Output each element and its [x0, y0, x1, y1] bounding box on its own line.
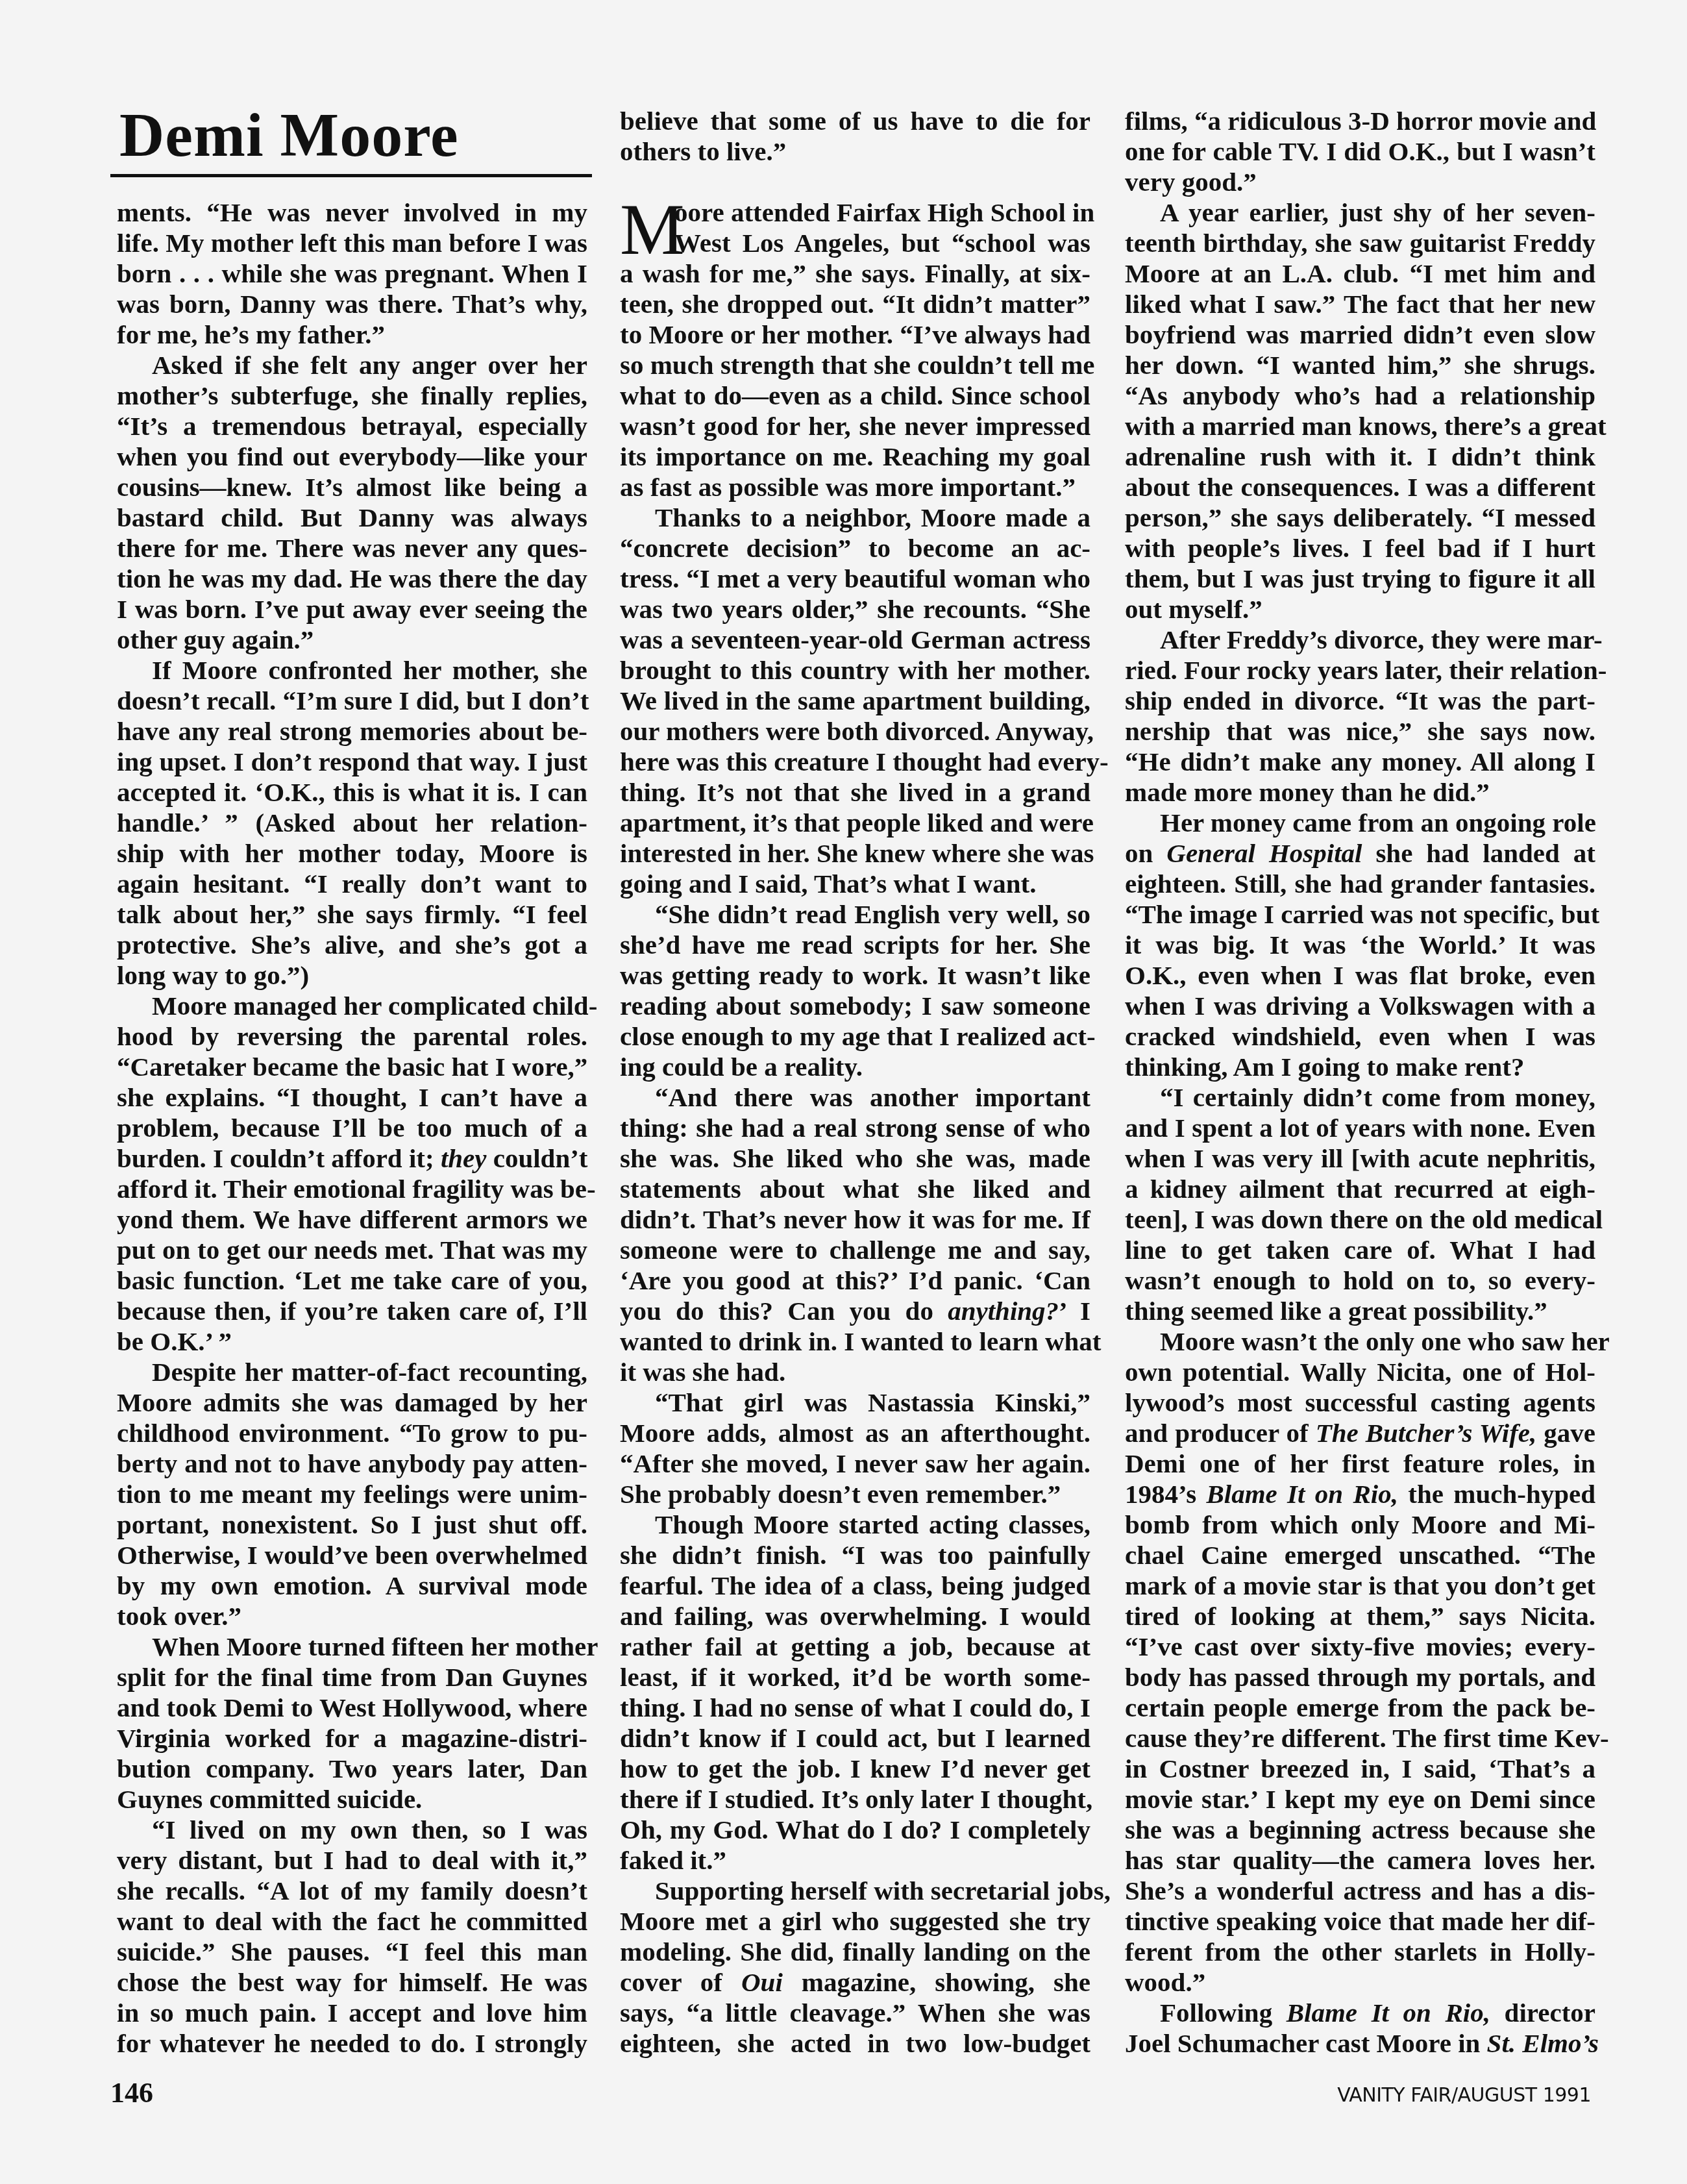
text-line: bomb from which only Moore and Mi- — [1125, 1509, 1595, 1540]
text-line: when you find out everybody—like your — [117, 441, 587, 472]
text-line: very good.” — [1125, 167, 1595, 197]
text-line: wanted to drink in. I wanted to learn wh… — [620, 1326, 1090, 1357]
text-line: body has passed through my portals, and — [1125, 1662, 1595, 1693]
text-line: going and I said, That’s what I want. — [620, 869, 1090, 899]
text-line: as fast as possible was more important.” — [620, 472, 1090, 503]
text-line: Despite her matter-of-fact recounting, — [117, 1357, 587, 1387]
text-line: “I certainly didn’t come from money, — [1125, 1082, 1595, 1113]
text-line: thing. It’s not that she lived in a gran… — [620, 777, 1090, 808]
text-line: she was. She liked who she was, made — [620, 1143, 1090, 1174]
text-line: what to do—even as a child. Since school — [620, 380, 1090, 411]
magazine-credit: VANITY FAIR/AUGUST 1991 — [1337, 2084, 1591, 2107]
paragraph-gap — [620, 167, 1090, 197]
text-line: thing. I had no sense of what I could do… — [620, 1693, 1090, 1723]
text-line: thing seemed like a great possibility.” — [1125, 1296, 1595, 1326]
text-line: “He didn’t make any money. All along I — [1125, 747, 1595, 777]
text-line: “That girl was Nastassia Kinski,” — [620, 1387, 1090, 1418]
text-line: she’d have me read scripts for her. She — [620, 930, 1090, 960]
text-line: Following Blame It on Rio, director — [1125, 1998, 1595, 2028]
text-line: I was born. I’ve put away ever seeing th… — [117, 594, 587, 625]
text-line: didn’t know if I could act, but I learne… — [620, 1723, 1090, 1754]
text-line: She’s a wonderful actress and has a dis- — [1125, 1876, 1595, 1906]
text-line: Her money came from an ongoing role — [1125, 808, 1595, 838]
text-line: again hesitant. “I really don’t want to — [117, 869, 587, 899]
text-line: protective. She’s alive, and she’s got a — [117, 930, 587, 960]
text-line: accepted it. ‘O.K., this is what it is. … — [117, 777, 587, 808]
text-line: O.K., even when I was flat broke, even — [1125, 960, 1595, 991]
text-line: films, “a ridiculous 3-D horror movie an… — [1125, 106, 1595, 136]
text-line: “I’ve cast over sixty-five movies; every… — [1125, 1632, 1595, 1662]
text-line: you do this? Can you do anything?’ I — [620, 1296, 1090, 1326]
text-line: tion to me meant my feelings were unim- — [117, 1479, 587, 1509]
text-line: eighteen. Still, she had grander fantasi… — [1125, 869, 1595, 899]
text-line: boyfriend was married didn’t even slow — [1125, 319, 1595, 350]
text-line: Moore managed her complicated child- — [117, 991, 587, 1021]
text-line: it was she had. — [620, 1357, 1090, 1387]
article-column-1: ments. “He was never involved in mylife.… — [117, 197, 587, 2059]
text-line: “Caretaker became the basic hat I wore,” — [117, 1052, 587, 1082]
text-line: there for me. There was never any ques- — [117, 533, 587, 564]
text-line: She probably doesn’t even remember.” — [620, 1479, 1090, 1509]
text-line: West Los Angeles, but “school was — [620, 228, 1090, 258]
text-line: was a seventeen-year-old German actress — [620, 625, 1090, 655]
text-line: took over.” — [117, 1601, 587, 1632]
text-line: by my own emotion. A survival mode — [117, 1570, 587, 1601]
text-line: teenth birthday, she saw guitarist Fredd… — [1125, 228, 1595, 258]
text-line: says, “a little cleavage.” When she was — [620, 1998, 1090, 2028]
text-line: ferent from the other starlets in Holly- — [1125, 1937, 1595, 1967]
text-line: Thanks to a neighbor, Moore made a — [620, 503, 1090, 533]
text-line: Oh, my God. What do I do? I completely — [620, 1815, 1090, 1845]
text-line: handle.’ ” (Asked about her relation- — [117, 808, 587, 838]
text-line: so much strength that she couldn’t tell … — [620, 350, 1090, 380]
text-line: Supporting herself with secretarial jobs… — [620, 1876, 1090, 1906]
text-line: long way to go.”) — [117, 960, 587, 991]
text-line: “And there was another important — [620, 1082, 1090, 1113]
text-line: our mothers were both divorced. Anyway, — [620, 716, 1090, 747]
text-line: statements about what she liked and — [620, 1174, 1090, 1204]
text-line: ments. “He was never involved in my — [117, 197, 587, 228]
text-line: Virginia worked for a magazine-distri- — [117, 1723, 587, 1754]
text-line: liked what I saw.” The fact that her new — [1125, 289, 1595, 319]
text-line: she was a beginning actress because she — [1125, 1815, 1595, 1845]
text-line: nership that was nice,” she says now. — [1125, 716, 1595, 747]
text-line: A year earlier, just shy of her seven- — [1125, 197, 1595, 228]
text-line: she recalls. “A lot of my family doesn’t — [117, 1876, 587, 1906]
page-number: 146 — [110, 2076, 153, 2109]
text-line: believe that some of us have to die for — [620, 106, 1090, 136]
text-line: “She didn’t read English very well, so — [620, 899, 1090, 930]
text-line: certain people emerge from the pack be- — [1125, 1693, 1595, 1723]
text-line: portant, nonexistent. So I just shut off… — [117, 1509, 587, 1540]
text-line: adrenaline rush with it. I didn’t think — [1125, 441, 1595, 472]
text-line: Moore attended Fairfax High School in — [620, 197, 1090, 228]
text-line: yond them. We have different armors we — [117, 1204, 587, 1235]
text-line: reading about somebody; I saw someone — [620, 991, 1090, 1021]
text-line: thinking, Am I going to make rent? — [1125, 1052, 1595, 1082]
page-title: Demi Moore — [119, 104, 459, 166]
text-line: suicide.” She pauses. “I feel this man — [117, 1937, 587, 1967]
text-line: in so much pain. I accept and love him — [117, 1998, 587, 2028]
text-line: and failing, was overwhelming. I would — [620, 1601, 1090, 1632]
text-line: If Moore confronted her mother, she — [117, 655, 587, 686]
text-line: Moore adds, almost as an afterthought. — [620, 1418, 1090, 1448]
text-line: brought to this country with her mother. — [620, 655, 1090, 686]
text-line: put on to get our needs met. That was my — [117, 1235, 587, 1265]
text-line: Guynes committed suicide. — [117, 1784, 587, 1815]
text-line: apartment, it’s that people liked and we… — [620, 808, 1090, 838]
text-line: problem, because I’ll be too much of a — [117, 1113, 587, 1143]
text-line: line to get taken care of. What I had — [1125, 1235, 1595, 1265]
text-line: to Moore or her mother. “I’ve always had — [620, 319, 1090, 350]
text-line: was born, Danny was there. That’s why, — [117, 289, 587, 319]
text-line: Moore admits she was damaged by her — [117, 1387, 587, 1418]
text-line: burden. I couldn’t afford it; they could… — [117, 1143, 587, 1174]
text-line: ing upset. I don’t respond that way. I j… — [117, 747, 587, 777]
text-line: talk about her,” she says firmly. “I fee… — [117, 899, 587, 930]
text-line: life. My mother left this man before I w… — [117, 228, 587, 258]
text-line: “concrete decision” to become an ac- — [620, 533, 1090, 564]
text-line: has star quality—the camera loves her. — [1125, 1845, 1595, 1876]
text-line: when I was very ill [with acute nephriti… — [1125, 1143, 1595, 1174]
text-line: in Costner breezed in, I said, ‘That’s a — [1125, 1754, 1595, 1784]
text-line: about the consequences. I was a differen… — [1125, 472, 1595, 503]
text-line: have any real strong memories about be- — [117, 716, 587, 747]
text-line: be O.K.’ ” — [117, 1326, 587, 1357]
text-line: for whatever he needed to do. I strongly — [117, 2028, 587, 2059]
text-line: bastard child. But Danny was always — [117, 503, 587, 533]
text-line: movie star.’ I kept my eye on Demi since — [1125, 1784, 1595, 1815]
text-line: “It’s a tremendous betrayal, especially — [117, 411, 587, 441]
text-line: mark of a movie star is that you don’t g… — [1125, 1570, 1595, 1601]
text-line: and I spent a lot of years with none. Ev… — [1125, 1113, 1595, 1143]
text-line: ‘Are you good at this?’ I’d panic. ‘Can — [620, 1265, 1090, 1296]
text-line: want to deal with the fact he committed — [117, 1906, 587, 1937]
text-line: and producer of The Butcher’s Wife, gave — [1125, 1418, 1595, 1448]
text-line: here was this creature I thought had eve… — [620, 747, 1090, 777]
text-line: her down. “I wanted him,” she shrugs. — [1125, 350, 1595, 380]
text-line: chael Caine emerged unscathed. “The — [1125, 1540, 1595, 1570]
text-line: wood.” — [1125, 1967, 1595, 1998]
text-line: Moore at an L.A. club. “I met him and — [1125, 258, 1595, 289]
text-line: with a married man knows, there’s a grea… — [1125, 411, 1595, 441]
text-line: a wash for me,” she says. Finally, at si… — [620, 258, 1090, 289]
text-line: ing could be a reality. — [620, 1052, 1090, 1082]
text-line: on General Hospital she had landed at — [1125, 838, 1595, 869]
text-line: tinctive speaking voice that made her di… — [1125, 1906, 1595, 1937]
text-line: other guy again.” — [117, 625, 587, 655]
text-line: doesn’t recall. “I’m sure I did, but I d… — [117, 686, 587, 716]
text-line: modeling. She did, finally landing on th… — [620, 1937, 1090, 1967]
text-line: its importance on me. Reaching my goal — [620, 441, 1090, 472]
text-line: teen, she dropped out. “It didn’t matter… — [620, 289, 1090, 319]
title-rule — [110, 174, 592, 177]
text-line: very distant, but I had to deal with it,… — [117, 1845, 587, 1876]
text-line: Joel Schumacher cast Moore in St. Elmo’s — [1125, 2028, 1595, 2059]
text-line: Though Moore started acting classes, — [620, 1509, 1090, 1540]
text-line: fearful. The idea of a class, being judg… — [620, 1570, 1090, 1601]
text-line: when I was driving a Volkswagen with a — [1125, 991, 1595, 1021]
text-line: chose the best way for himself. He was — [117, 1967, 587, 1998]
text-line: out myself.” — [1125, 594, 1595, 625]
text-line: didn’t. That’s never how it was for me. … — [620, 1204, 1090, 1235]
text-line: tress. “I met a very beautiful woman who — [620, 564, 1090, 594]
text-line: afford it. Their emotional fragility was… — [117, 1174, 587, 1204]
text-line: “The image I carried was not specific, b… — [1125, 899, 1595, 930]
text-line: Demi one of her first feature roles, in — [1125, 1448, 1595, 1479]
text-line: she didn’t finish. “I was too painfully — [620, 1540, 1090, 1570]
text-line: own potential. Wally Nicita, one of Hol- — [1125, 1357, 1595, 1387]
text-line: made more money than he did.” — [1125, 777, 1595, 808]
text-line: ship ended in divorce. “It was the part- — [1125, 686, 1595, 716]
text-line: them, but I was just trying to figure it… — [1125, 564, 1595, 594]
text-line: how to get the job. I knew I’d never get — [620, 1754, 1090, 1784]
text-line: basic function. ‘Let me take care of you… — [117, 1265, 587, 1296]
text-line: faked it.” — [620, 1845, 1090, 1876]
text-line: ried. Four rocky years later, their rela… — [1125, 655, 1595, 686]
text-line: cause they’re different. The first time … — [1125, 1723, 1595, 1754]
text-line: cover of Oui magazine, showing, she — [620, 1967, 1090, 1998]
text-line: wasn’t good for her, she never impressed — [620, 411, 1090, 441]
text-line: for me, he’s my father.” — [117, 319, 587, 350]
text-line: someone were to challenge me and say, — [620, 1235, 1090, 1265]
text-line: After Freddy’s divorce, they were mar- — [1125, 625, 1595, 655]
text-line: hood by reversing the parental roles. — [117, 1021, 587, 1052]
text-line: with people’s lives. I feel bad if I hur… — [1125, 533, 1595, 564]
text-line: “I lived on my own then, so I was — [117, 1815, 587, 1845]
text-line: Otherwise, I would’ve been overwhelmed — [117, 1540, 587, 1570]
text-line: a kidney ailment that recurred at eigh- — [1125, 1174, 1595, 1204]
text-line: Moore met a girl who suggested she try — [620, 1906, 1090, 1937]
text-line: Moore wasn’t the only one who saw her — [1125, 1326, 1595, 1357]
text-line: teen], I was down there on the old medic… — [1125, 1204, 1595, 1235]
text-line: wasn’t enough to hold on to, so every- — [1125, 1265, 1595, 1296]
text-line: When Moore turned fifteen her mother — [117, 1632, 587, 1662]
text-line: “As anybody who’s had a relationship — [1125, 380, 1595, 411]
text-line: bution company. Two years later, Dan — [117, 1754, 587, 1784]
text-line: “After she moved, I never saw her again. — [620, 1448, 1090, 1479]
text-line: cracked windshield, even when I was — [1125, 1021, 1595, 1052]
text-line: one for cable TV. I did O.K., but I wasn… — [1125, 136, 1595, 167]
article-column-2: believe that some of us have to die foro… — [620, 106, 1090, 2059]
text-line: mother’s subterfuge, she finally replies… — [117, 380, 587, 411]
text-line: berty and not to have anybody pay atten- — [117, 1448, 587, 1479]
text-line: We lived in the same apartment building, — [620, 686, 1090, 716]
text-line: lywood’s most successful casting agents — [1125, 1387, 1595, 1418]
text-line: she explains. “I thought, I can’t have a — [117, 1082, 587, 1113]
text-line: person,” she says deliberately. “I messe… — [1125, 503, 1595, 533]
text-line: thing: she had a real strong sense of wh… — [620, 1113, 1090, 1143]
text-line: others to live.” — [620, 136, 1090, 167]
text-line: split for the final time from Dan Guynes — [117, 1662, 587, 1693]
text-line: and took Demi to West Hollywood, where — [117, 1693, 587, 1723]
text-line: cousins—knew. It’s almost like being a — [117, 472, 587, 503]
text-line: ship with her mother today, Moore is — [117, 838, 587, 869]
text-line: because then, if you’re taken care of, I… — [117, 1296, 587, 1326]
text-line: Asked if she felt any anger over her — [117, 350, 587, 380]
text-line: least, if it worked, it’d be worth some- — [620, 1662, 1090, 1693]
text-line: was getting ready to work. It wasn’t lik… — [620, 960, 1090, 991]
text-line: 1984’s Blame It on Rio, the much-hyped — [1125, 1479, 1595, 1509]
text-line: there if I studied. It’s only later I th… — [620, 1784, 1090, 1815]
text-line: close enough to my age that I realized a… — [620, 1021, 1090, 1052]
text-line: tion he was my dad. He was there the day — [117, 564, 587, 594]
text-line: born . . . while she was pregnant. When … — [117, 258, 587, 289]
text-line: eighteen, she acted in two low-budget — [620, 2028, 1090, 2059]
text-line: was two years older,” she recounts. “She — [620, 594, 1090, 625]
article-column-3: films, “a ridiculous 3-D horror movie an… — [1125, 106, 1595, 2059]
text-line: childhood environment. “To grow to pu- — [117, 1418, 587, 1448]
text-line: it was big. It was ‘the World.’ It was — [1125, 930, 1595, 960]
text-line: interested in her. She knew where she wa… — [620, 838, 1090, 869]
text-line: tired of looking at them,” says Nicita. — [1125, 1601, 1595, 1632]
text-line: rather fail at getting a job, because at — [620, 1632, 1090, 1662]
